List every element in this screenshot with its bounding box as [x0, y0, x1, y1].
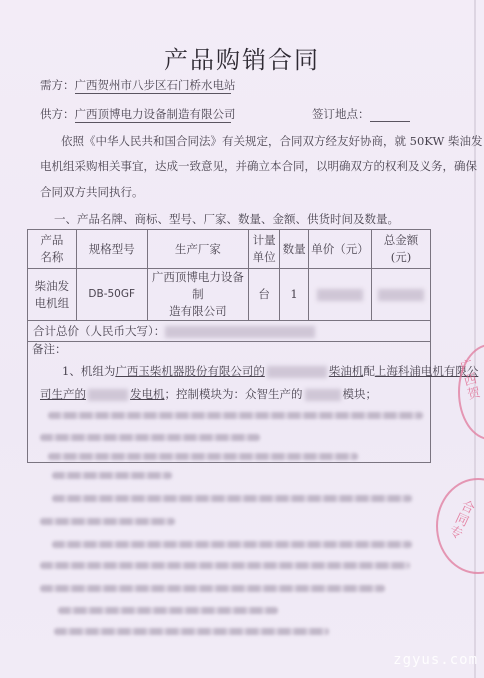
header-unit-price: 单价（元）: [309, 230, 372, 269]
remarks-item-1-line-1: 1、机组为广西玉柴机器股份有限公司的柴油机配上海科浦电机有限公: [62, 363, 478, 379]
sign-place-label: 签订地点：: [312, 107, 370, 121]
seller-value: 广西顶博电力设备制造有限公司: [75, 106, 231, 123]
remarks-item-1-line-2: 司生产的发电机；控制模块为：众智生产的模块；: [40, 386, 377, 402]
blurred-remark-line: [40, 434, 260, 441]
header-quantity: 数量: [280, 230, 309, 269]
header-total: 总金额(元): [372, 230, 431, 269]
cell-model: DB-50GF: [76, 269, 147, 321]
watermark: zgyus.com: [393, 652, 478, 668]
cell-unit-price: [309, 269, 372, 321]
header-model: 规格型号: [76, 230, 147, 269]
cell-total: [372, 269, 431, 321]
seller-line: 供方：广西顶博电力设备制造有限公司: [40, 106, 231, 123]
cell-quantity: 1: [280, 269, 309, 321]
section-1-heading: 一、产品名牌、商标、型号、厂家、数量、金额、供货时间及数量。: [54, 211, 399, 227]
blurred-text-line: [40, 562, 410, 569]
header-product: 产品名称: [28, 230, 77, 269]
cell-unit: 台: [249, 269, 280, 321]
table-header-row: 产品名称 规格型号 生产厂家 计量单位 数量 单价（元） 总金额(元): [28, 230, 431, 269]
header-unit: 计量单位: [249, 230, 280, 269]
document-title: 产品购销合同: [0, 40, 484, 75]
intro-line-2: 电机组采购相关事宜，达成一致意见，并确立本合同，以明确双方的权利及义务，确保: [40, 158, 477, 174]
blurred-text-line: [54, 628, 329, 635]
cell-maker: 广西顶博电力设备制造有限公司: [147, 269, 249, 321]
redacted-total-words: [165, 326, 315, 338]
table-row: 柴油发电机组 DB-50GF 广西顶博电力设备制造有限公司 台 1: [28, 269, 431, 321]
cell-product: 柴油发电机组: [28, 269, 77, 321]
blurred-section-heading: [52, 472, 172, 479]
sign-place-blank: [370, 110, 410, 122]
header-maker: 生产厂家: [147, 230, 249, 269]
buyer-value: 广西贺州市八步区石门桥水电站: [75, 77, 231, 94]
remarks-box: 备注： 1、机组为广西玉柴机器股份有限公司的柴油机配上海科浦电机有限公 司生产的…: [27, 337, 431, 463]
page-edge: [474, 0, 476, 678]
redacted-total: [378, 289, 424, 301]
buyer-label: 需方：: [40, 78, 75, 92]
seller-label: 供方：: [40, 107, 75, 121]
remarks-label: 备注：: [32, 341, 67, 357]
sign-place: 签订地点：: [312, 106, 410, 122]
blurred-text-line: [40, 518, 175, 525]
blurred-text-line: [40, 585, 385, 592]
total-label: 合计总价（人民币大写）：: [33, 324, 165, 338]
blurred-text-line: [52, 541, 412, 548]
buyer-line: 需方：广西贺州市八步区石门桥水电站: [40, 77, 231, 94]
blurred-text-line: [58, 607, 278, 614]
blurred-remark-line: [48, 453, 358, 460]
redacted-unit-price: [317, 289, 363, 301]
blurred-remark-line: [48, 412, 423, 419]
intro-line-1: 依照《中华人民共和国合同法》有关规定，合同双方经友好协商，就 50KW 柴油发: [61, 133, 482, 149]
goods-table: 产品名称 规格型号 生产厂家 计量单位 数量 单价（元） 总金额(元) 柴油发电…: [27, 229, 431, 342]
redacted-engine-model: [267, 366, 327, 378]
blurred-text-line: [52, 495, 412, 502]
redacted-module-model: [305, 389, 341, 401]
redacted-generator-model: [88, 389, 128, 401]
intro-line-3: 合同双方共同执行。: [40, 184, 144, 200]
